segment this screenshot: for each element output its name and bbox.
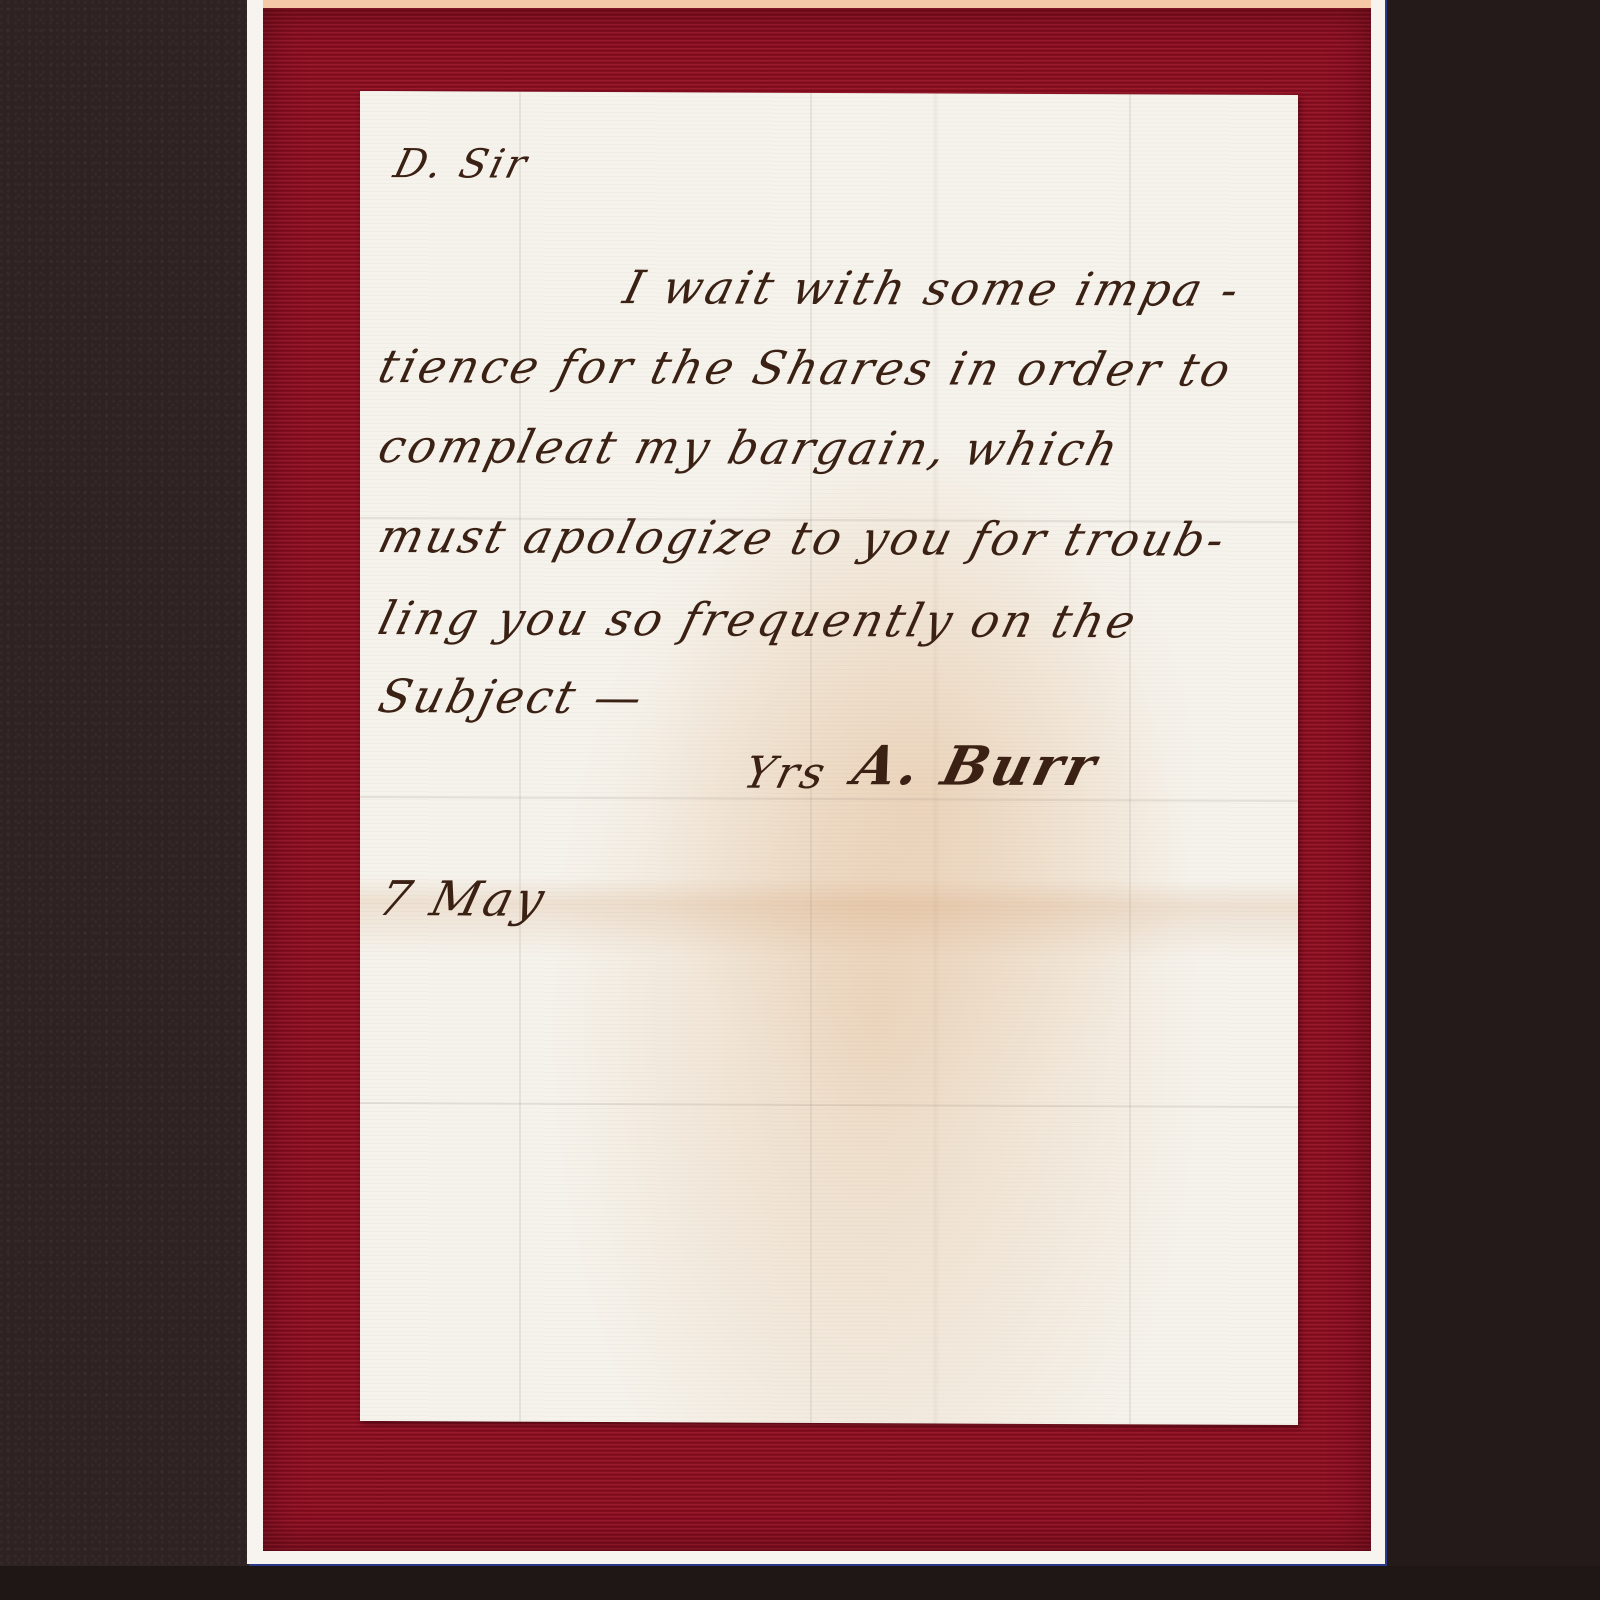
letter-line: must apologize to you for troub- — [373, 509, 1232, 567]
dark-mat-bottom — [0, 1566, 1600, 1600]
fold-line — [519, 92, 521, 1422]
letter-line: compleat my bargain, which — [373, 419, 1126, 476]
letter-line: I wait with some impa - — [618, 260, 1247, 317]
fold-line — [360, 796, 1298, 802]
letter-paper: D. Sir I wait with some impa - tience fo… — [360, 91, 1298, 1425]
letter-line: tience for the Shares in order to — [373, 339, 1239, 397]
mat-top-edge — [263, 0, 1371, 8]
letter-salutation: D. Sir — [389, 141, 534, 188]
letter-line: ling you so frequently on the — [373, 591, 1144, 648]
letter-date: 7 May — [373, 871, 553, 928]
letter-closing: Yrs — [739, 748, 833, 799]
dark-mat-right — [1386, 0, 1600, 1600]
letter-line: Subject — — [373, 669, 650, 724]
fold-line — [360, 1102, 1298, 1108]
letter-signature: A. Burr — [847, 733, 1105, 798]
